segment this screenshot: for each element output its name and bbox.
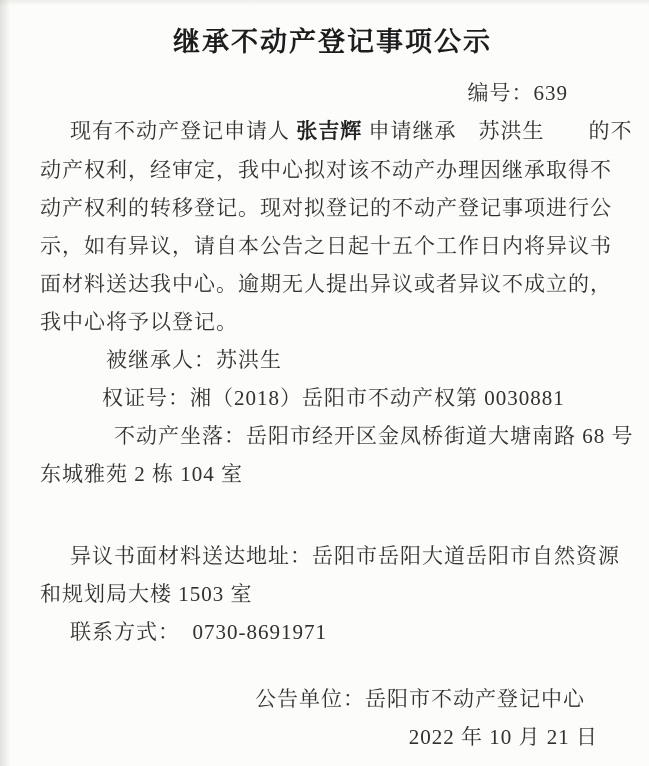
paragraph-line-6: 我中心将予以登记。 <box>40 303 625 341</box>
document-number: 编号：639 <box>40 74 625 112</box>
field-objection-address-line-2: 和规划局大楼 1503 室 <box>40 575 625 613</box>
paragraph-line-4: 示，如有异议，请自本公告之日起十五个工作日内将异议书 <box>40 227 625 265</box>
field-property-location-line-2: 东城雅苑 2 栋 104 室 <box>40 455 625 493</box>
paragraph-line-1: 现有不动产登记申请人 张吉辉 申请继承 苏洪生 的不 <box>40 112 625 151</box>
document-title: 继承不动产登记事项公示 <box>40 26 625 58</box>
paragraph-line-1-suffix: 申请继承 苏洪生 的不 <box>362 119 632 143</box>
field-objection-address-line-1: 异议书面材料送达地址：岳阳市岳阳大道岳阳市自然资源 <box>40 537 625 575</box>
announcement-date: 2022 年 10 月 21 日 <box>40 718 625 756</box>
announcing-unit: 公告单位：岳阳市不动产登记中心 <box>40 680 625 718</box>
field-property-location-line-1: 不动产坐落：岳阳市经开区金凤桥街道大塘南路 68 号 <box>40 417 625 455</box>
paragraph-line-5: 面材料送达我中心。逾期无人提出异议或者异议不成立的， <box>40 265 625 303</box>
applicant-name: 张吉辉 <box>296 120 362 143</box>
document-content: 继承不动产登记事项公示 编号：639 现有不动产登记申请人 张吉辉 申请继承 苏… <box>0 0 649 756</box>
field-decedent: 被继承人：苏洪生 <box>40 341 625 379</box>
paragraph-line-1-prefix: 现有不动产登记申请人 <box>70 119 296 143</box>
field-contact: 联系方式： 0730-8691971 <box>40 613 625 651</box>
scanned-notice-page: 继承不动产登记事项公示 编号：639 现有不动产登记申请人 张吉辉 申请继承 苏… <box>0 0 649 766</box>
paragraph-line-2: 动产权利，经审定，我中心拟对该不动产办理因继承取得不 <box>40 151 625 189</box>
field-certificate-number: 权证号：湘（2018）岳阳市不动产权第 0030881 <box>40 379 625 417</box>
document-body: 现有不动产登记申请人 张吉辉 申请继承 苏洪生 的不 动产权利，经审定，我中心拟… <box>40 112 625 756</box>
spacer <box>40 493 625 537</box>
spacer <box>40 651 625 680</box>
paragraph-line-3: 动产权利的转移登记。现对拟登记的不动产登记事项进行公 <box>40 189 625 227</box>
